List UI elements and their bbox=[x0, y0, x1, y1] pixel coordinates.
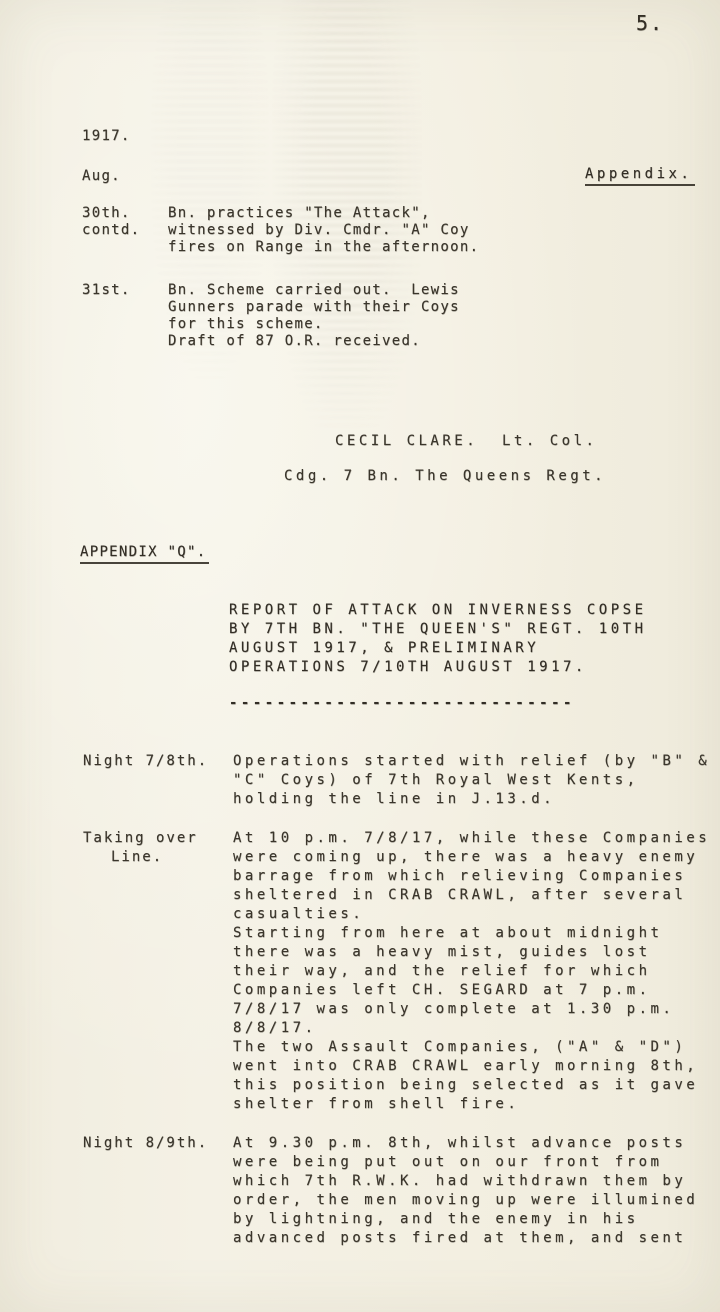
entry-body-text: Bn. practices "The Attack",witnessed by … bbox=[168, 205, 479, 256]
entry-date-label: 30th.contd. bbox=[82, 205, 140, 239]
diary-month: Aug. bbox=[82, 168, 121, 184]
entry-body-text: At 9.30 p.m. 8th, whilst advance postswe… bbox=[233, 1134, 698, 1248]
page-number: 5. bbox=[636, 11, 664, 35]
appendix-q-title: APPENDIX "Q". bbox=[80, 544, 209, 564]
signature-command-line: Cdg. 7 Bn. The Queens Regt. bbox=[284, 468, 606, 484]
appendix-column-header: Appendix. bbox=[585, 166, 695, 186]
entry-side-label: Taking overLine. bbox=[83, 829, 198, 867]
diary-year: 1917. bbox=[82, 128, 131, 144]
signature-officer-name: CECIL CLARE. Lt. Col. bbox=[335, 433, 597, 449]
entry-body-text: At 10 p.m. 7/8/17, while these Companies… bbox=[233, 829, 710, 1114]
entry-body-text: Operations started with relief (by "B" &… bbox=[233, 752, 710, 809]
entry-side-label: Night 8/9th. bbox=[83, 1134, 208, 1153]
entry-body-text: Bn. Scheme carried out. LewisGunners par… bbox=[168, 282, 460, 350]
entry-date-label: 31st. bbox=[82, 282, 131, 299]
war-diary-scanned-page: 5. 1917. Aug. Appendix. 30th.contd. Bn. … bbox=[0, 0, 720, 1312]
report-heading: REPORT OF ATTACK ON INVERNESS COPSEBY 7T… bbox=[229, 601, 647, 677]
entry-side-label: Night 7/8th. bbox=[83, 752, 208, 771]
dashed-separator: ----------------------------- bbox=[229, 694, 575, 713]
